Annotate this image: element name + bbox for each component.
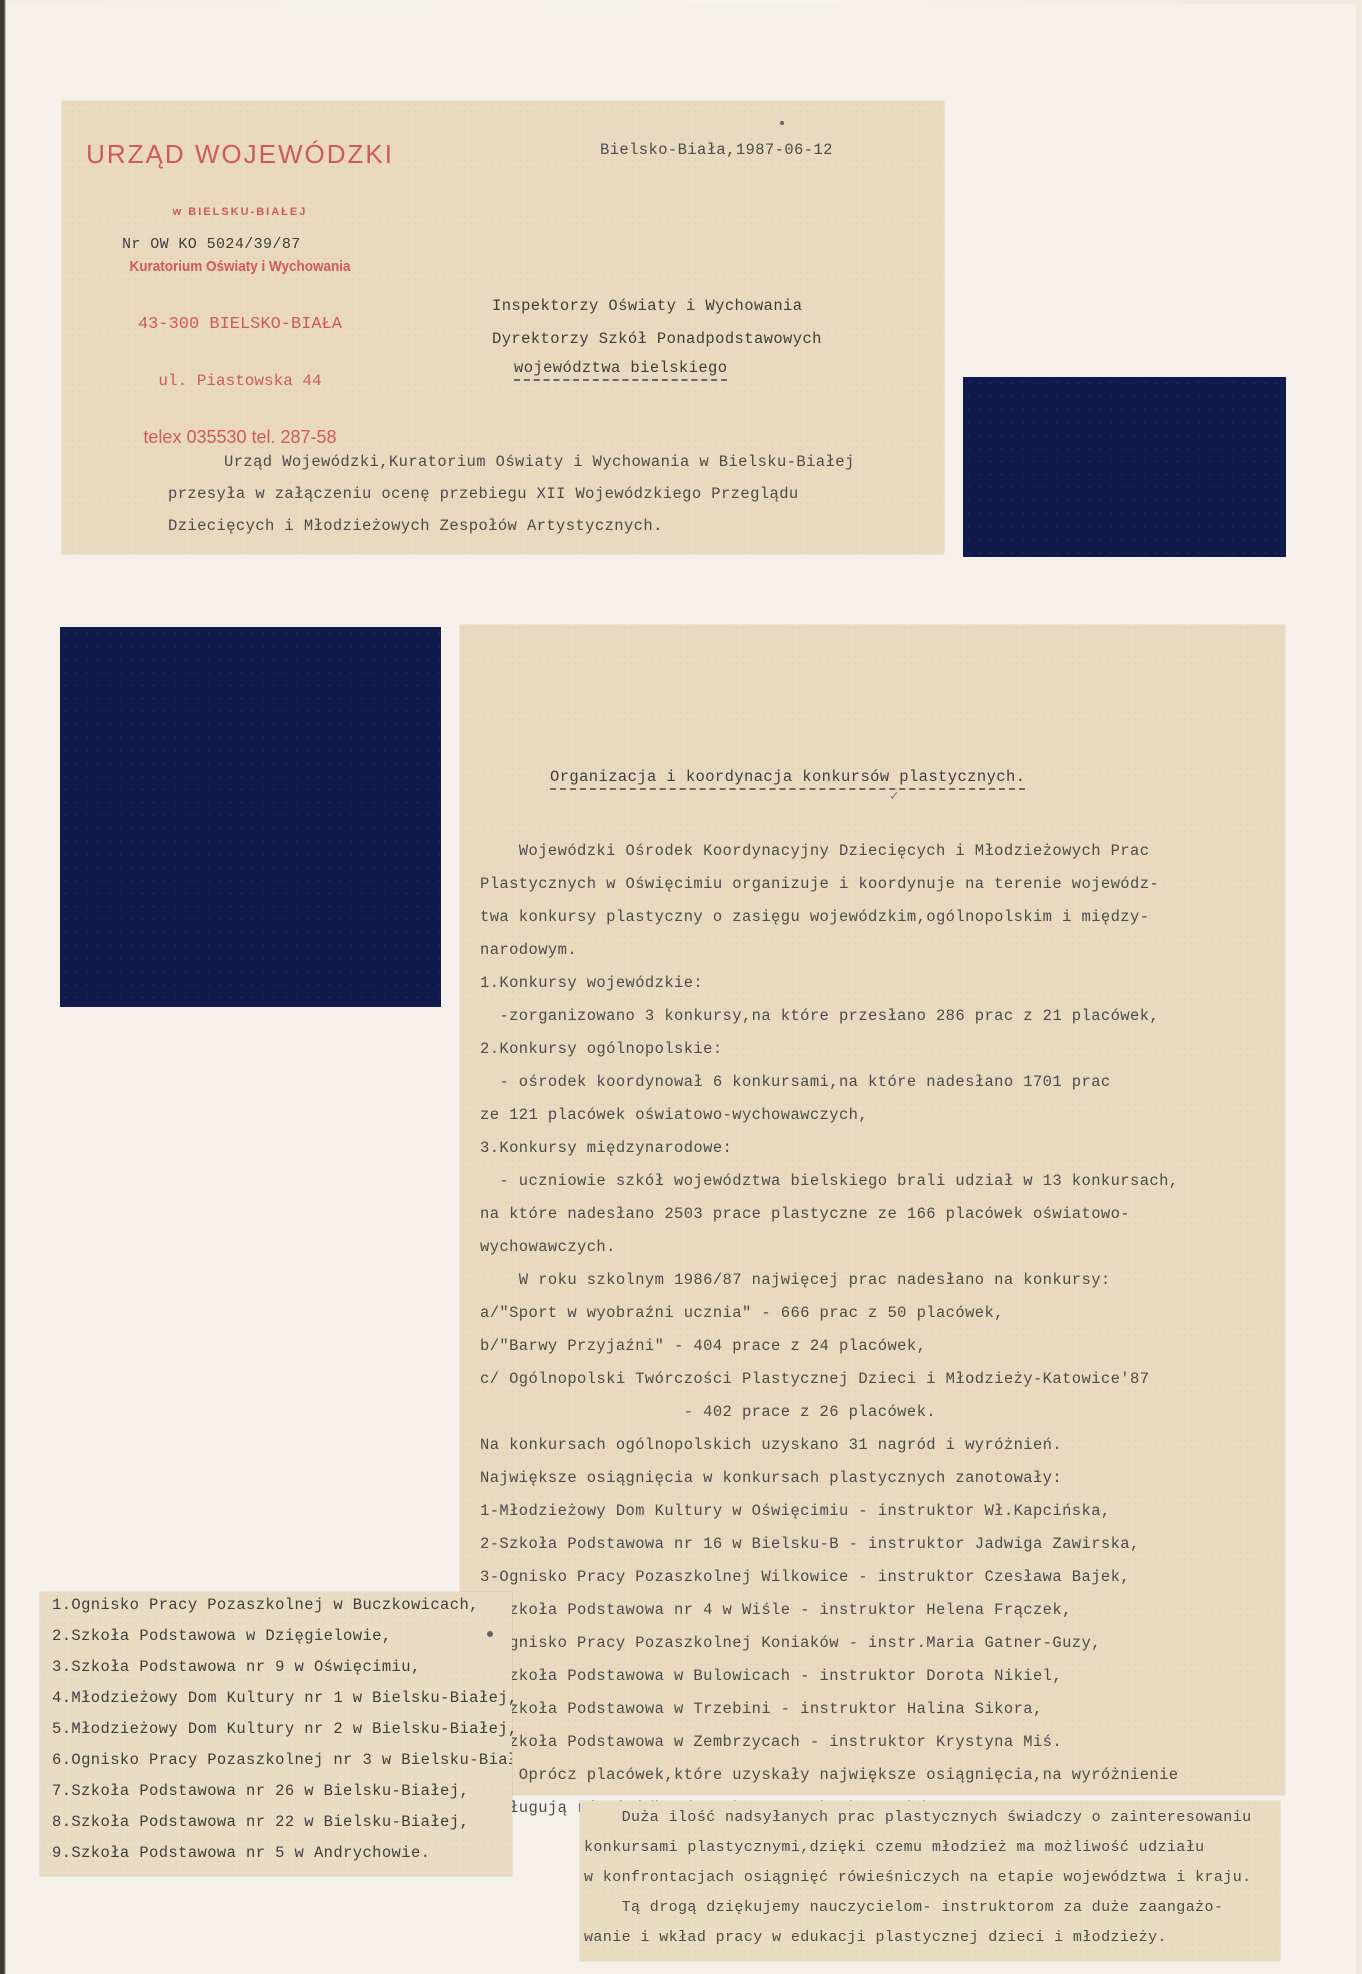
report-line: narodowym. bbox=[480, 941, 577, 959]
ink-dot bbox=[780, 121, 784, 125]
report-line: 5-Ognisko Pracy Pozaszkolnej Koniaków - … bbox=[480, 1634, 1101, 1652]
stamp-line-1: URZĄD WOJEWÓDZKI bbox=[80, 140, 400, 168]
report-line: 7-Szkoła Podstawowa w Trzebini - instruk… bbox=[480, 1700, 1043, 1718]
list-item: 9.Szkoła Podstawowa nr 5 w Andrychowie. bbox=[52, 1844, 430, 1862]
list-item: 6.Ognisko Pracy Pozaszkolnej nr 3 w Biel… bbox=[52, 1751, 512, 1769]
report-line: - 402 prace z 26 placówek. bbox=[480, 1403, 936, 1421]
list-item: 5.Młodzieżowy Dom Kultury nr 2 w Bielsku… bbox=[52, 1720, 518, 1738]
report-line: -zorganizowano 3 konkursy,na które przes… bbox=[480, 1007, 1159, 1025]
list-item: 3.Szkoła Podstawowa nr 9 w Oświęcimiu, bbox=[52, 1658, 421, 1676]
report-line: 3.Konkursy międzynarodowe: bbox=[480, 1139, 732, 1157]
report-line: 6-Szkoła Podstawowa w Bulowicach - instr… bbox=[480, 1667, 1062, 1685]
addressee-line-2: Dyrektorzy Szkół Ponadpodstawowych bbox=[492, 330, 822, 348]
stamp-line-4: 43-300 BIELSKO-BIAŁA bbox=[80, 314, 400, 335]
cover-letter: URZĄD WOJEWÓDZKI w BIELSKU-BIAŁEJ Kurato… bbox=[62, 101, 944, 554]
closing-remarks-slip: Duża ilość nadsyłanych prac plastycznych… bbox=[580, 1801, 1280, 1961]
ink-dot bbox=[487, 1631, 493, 1637]
list-item: 7.Szkoła Podstawowa nr 26 w Bielsku-Biał… bbox=[52, 1782, 469, 1800]
report-line: Na konkursach ogólnopolskich uzyskano 31… bbox=[480, 1436, 1062, 1454]
report-page: Organizacja i koordynacja konkursów plas… bbox=[460, 625, 1285, 1795]
closing-line: w konfrontacjach osiągnięć rówieśniczych… bbox=[584, 1869, 1252, 1886]
stamp-line-5: ul. Piastowska 44 bbox=[80, 371, 400, 391]
stamp-line-6: telex 035530 tel. 287-58 bbox=[80, 427, 400, 447]
report-line: 1-Młodzieżowy Dom Kultury w Oświęcimiu -… bbox=[480, 1502, 1111, 1520]
blue-card-top-right bbox=[963, 377, 1286, 557]
list-item: 1.Ognisko Pracy Pozaszkolnej w Buczkowic… bbox=[52, 1596, 479, 1614]
stamp-line-2: w BIELSKU-BIAŁEJ bbox=[80, 204, 400, 220]
report-line: - ośrodek koordynował 6 konkursami,na kt… bbox=[480, 1073, 1111, 1091]
reference-number: Nr OW KO 5024/39/87 bbox=[122, 236, 301, 253]
letter-body-line-3: Dziecięcych i Młodzieżowych Zespołów Art… bbox=[168, 517, 663, 535]
report-line: c/ Ogólnopolski Twórczości Plastycznej D… bbox=[480, 1370, 1149, 1388]
report-line: Największe osiągnięcia w konkursach plas… bbox=[480, 1469, 1062, 1487]
letter-body-line-2: przesyła w załączeniu ocenę przebiegu XI… bbox=[168, 485, 799, 503]
list-item: 8.Szkoła Podstawowa nr 22 w Bielsku-Biał… bbox=[52, 1813, 469, 1831]
list-item: 4.Młodzieżowy Dom Kultury nr 1 w Bielsku… bbox=[52, 1689, 518, 1707]
closing-line: wanie i wkład pracy w edukacji plastyczn… bbox=[584, 1929, 1167, 1946]
addressee-line-1: Inspektorzy Oświaty i Wychowania bbox=[492, 297, 802, 315]
report-line: W roku szkolnym 1986/87 najwięcej prac n… bbox=[480, 1271, 1111, 1289]
list-item: 2.Szkoła Podstawowa w Dzięgielowie, bbox=[52, 1627, 392, 1645]
report-line: Plastycznych w Oświęcimiu organizuje i k… bbox=[480, 875, 1159, 893]
report-line: Wojewódzki Ośrodek Koordynacyjny Dziecię… bbox=[480, 842, 1149, 860]
closing-line: Tą drogą dziękujemy nauczycielom- instru… bbox=[584, 1899, 1223, 1916]
office-stamp: URZĄD WOJEWÓDZKI w BIELSKU-BIAŁEJ Kurato… bbox=[80, 104, 400, 483]
report-line: na które nadesłano 2503 prace plastyczne… bbox=[480, 1205, 1130, 1223]
report-line: 3-Ognisko Pracy Pozaszkolnej Wilkowice -… bbox=[480, 1568, 1130, 1586]
closing-line: Duża ilość nadsyłanych prac plastycznych… bbox=[584, 1809, 1252, 1826]
closing-line: konkursami plastycznymi,dzięki czemu mło… bbox=[584, 1839, 1205, 1856]
report-line: 1.Konkursy wojewódzkie: bbox=[480, 974, 703, 992]
check-mark: ✓ bbox=[890, 788, 898, 805]
report-line: 2.Konkursy ogólnopolskie: bbox=[480, 1040, 723, 1058]
place-and-date: Bielsko-Biała,1987-06-12 bbox=[600, 141, 833, 159]
letter-body-line-1: Urząd Wojewódzki,Kuratorium Oświaty i Wy… bbox=[224, 453, 855, 471]
report-line: twa konkursy plastyczny o zasięgu wojewó… bbox=[480, 908, 1149, 926]
blue-card-left bbox=[60, 627, 441, 1007]
report-line: Oprócz placówek,które uzyskały największ… bbox=[480, 1766, 1179, 1784]
report-line: 8-Szkoła Podstawowa w Zembrzycach - inst… bbox=[480, 1733, 1062, 1751]
stamp-line-3: Kuratorium Oświaty i Wychowania bbox=[96, 256, 384, 278]
addressee-line-3: województwa bielskiego bbox=[514, 359, 727, 381]
report-line: b/"Barwy Przyjaźni" - 404 prace z 24 pla… bbox=[480, 1337, 926, 1355]
institutions-list-slip: 1.Ognisko Pracy Pozaszkolnej w Buczkowic… bbox=[40, 1592, 512, 1876]
report-line: a/"Sport w wyobraźni ucznia" - 666 prac … bbox=[480, 1304, 1004, 1322]
report-line: 4-Szkoła Podstawowa nr 4 w Wiśle - instr… bbox=[480, 1601, 1072, 1619]
report-line: - uczniowie szkół województwa bielskiego… bbox=[480, 1172, 1179, 1190]
report-line: wychowawczych. bbox=[480, 1238, 616, 1256]
report-line: 2-Szkoła Podstawowa nr 16 w Bielsku-B - … bbox=[480, 1535, 1140, 1553]
report-heading: Organizacja i koordynacja konkursów plas… bbox=[550, 768, 1025, 790]
report-line: ze 121 placówek oświatowo-wychowawczych, bbox=[480, 1106, 868, 1124]
